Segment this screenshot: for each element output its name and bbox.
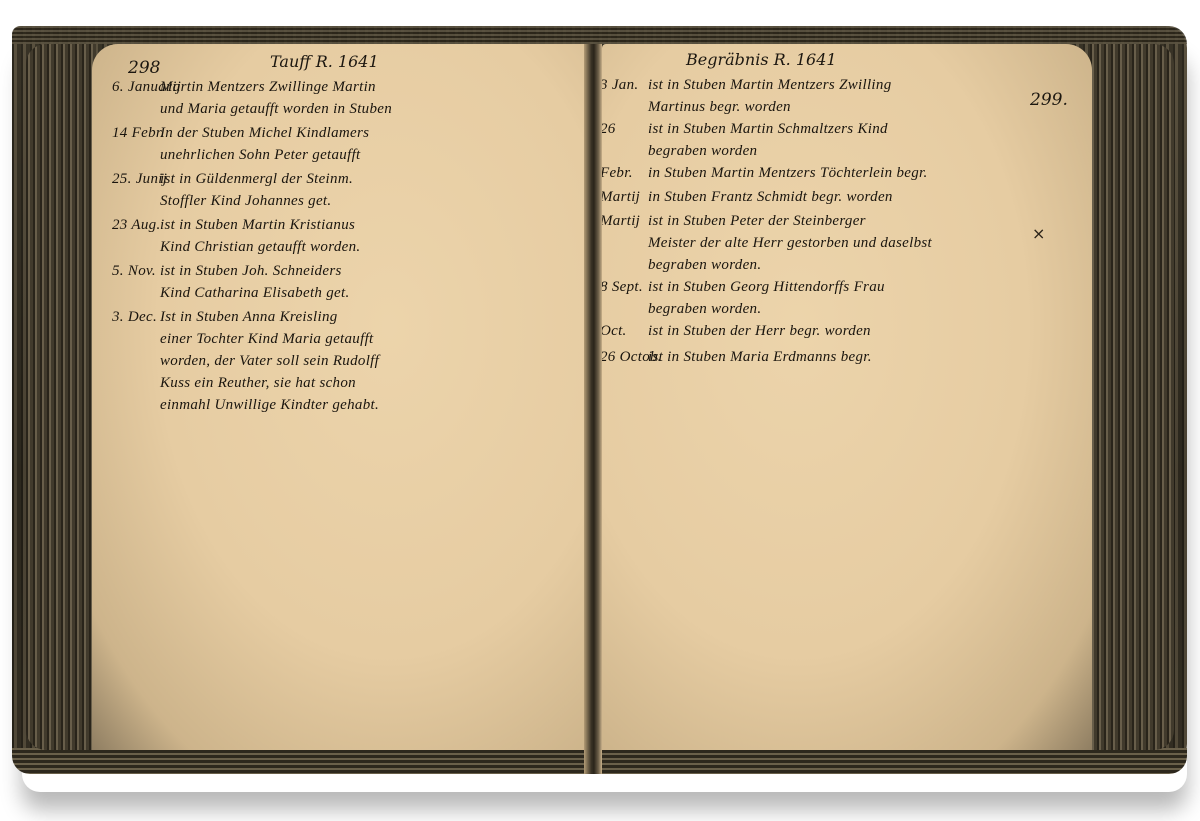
entry-line: Kind Catharina Elisabeth get. <box>160 285 350 301</box>
entry-date: 8 Sept. <box>602 276 648 298</box>
entry-line: Kind Christian getaufft worden. <box>160 239 360 255</box>
entry-line: begraben worden <box>648 143 757 159</box>
margin-cross-mark: × <box>1032 224 1045 243</box>
entry-line: ist in Stuben Martin Mentzers Zwilling <box>648 77 892 93</box>
left-fore-edge <box>26 44 96 750</box>
entry-line: ist in Stuben Maria Erdmanns begr. <box>648 349 872 365</box>
left-page-heading: Tauff R. 1641 <box>270 52 379 71</box>
entry-line: Stoffler Kind Johannes get. <box>160 193 331 209</box>
entry-line: Ist in Stuben Anna Kreisling <box>160 309 338 325</box>
entry-line: ist in Stuben Martin Kristianus <box>160 217 355 233</box>
entry-date: 6. Januarij <box>112 76 160 98</box>
entry-date: Martij <box>602 210 648 232</box>
register-entry: 6. JanuarijMartin Mentzers Zwillinge Mar… <box>112 76 392 120</box>
entry-line: Meister der alte Herr gestorben und dase… <box>648 235 932 251</box>
right-page-number: 299. <box>1030 90 1068 110</box>
entry-date: 26 <box>602 118 648 140</box>
entry-line: Kuss ein Reuther, sie hat schon <box>160 375 356 391</box>
entry-line: in Stuben Martin Mentzers Töchterlein be… <box>648 165 928 181</box>
left-page-number: 298 <box>128 58 160 78</box>
entry-line: einmahl Unwillige Kindter gehabt. <box>160 397 379 413</box>
register-entry: 5. Nov.ist in Stuben Joh. Schneiders Kin… <box>112 260 350 304</box>
entry-line: in Stuben Frantz Schmidt begr. worden <box>648 189 893 205</box>
register-entry: 3 Jan.ist in Stuben Martin Mentzers Zwil… <box>602 74 892 118</box>
entry-date: Martij <box>602 186 648 208</box>
entry-date: 14 Febr. <box>112 122 160 144</box>
entry-line: ist in Stuben Peter der Steinberger <box>648 213 866 229</box>
top-page-edge <box>12 26 1187 44</box>
entry-line: begraben worden. <box>648 301 761 317</box>
entry-line: einer Tochter Kind Maria getaufft <box>160 331 374 347</box>
register-entry: 14 Febr.In der Stuben Michel Kindlamers … <box>112 122 369 166</box>
entry-line: unehrlichen Sohn Peter getaufft <box>160 147 361 163</box>
register-entry: 8 Sept.ist in Stuben Georg Hittendorffs … <box>602 276 885 320</box>
register-entry: Oct.ist in Stuben der Herr begr. worden <box>602 320 871 342</box>
register-entry: 25. Junijist in Güldenmergl der Steinm. … <box>112 168 353 212</box>
register-entry: Febr.in Stuben Martin Mentzers Töchterle… <box>602 162 928 184</box>
register-entry: 23 Aug.ist in Stuben Martin Kristianus K… <box>112 214 360 258</box>
register-entry: 3. Dec.Ist in Stuben Anna Kreisling eine… <box>112 306 379 416</box>
entry-date: 25. Junij <box>112 168 160 190</box>
register-entry: Martijin Stuben Frantz Schmidt begr. wor… <box>602 186 893 208</box>
entry-line: worden, der Vater soll sein Rudolff <box>160 353 379 369</box>
left-page: 298 Tauff R. 1641 6. JanuarijMartin Ment… <box>92 44 588 750</box>
right-fore-edge <box>1090 44 1174 750</box>
entry-date: 5. Nov. <box>112 260 160 282</box>
entry-line: In der Stuben Michel Kindlamers <box>160 125 369 141</box>
entry-line: ist in Stuben Joh. Schneiders <box>160 263 342 279</box>
entry-line: begraben worden. <box>648 257 761 273</box>
right-page: 299. Begräbnis R. 1641 3 Jan.ist in Stub… <box>602 44 1092 750</box>
right-page-heading: Begräbnis R. 1641 <box>686 50 837 69</box>
register-entry: 26 Octob.ist in Stuben Maria Erdmanns be… <box>602 346 872 368</box>
entry-line: Martinus begr. worden <box>648 99 791 115</box>
entry-date: 23 Aug. <box>112 214 160 236</box>
register-entry: Martijist in Stuben Peter der Steinberge… <box>602 210 932 276</box>
open-book: 298 Tauff R. 1641 6. JanuarijMartin Ment… <box>12 26 1190 786</box>
register-entry: 26ist in Stuben Martin Schmaltzers Kind … <box>602 118 888 162</box>
entry-date: 3 Jan. <box>602 74 648 96</box>
entry-line: ist in Stuben der Herr begr. worden <box>648 323 871 339</box>
entry-date: Febr. <box>602 162 648 184</box>
entry-line: ist in Stuben Georg Hittendorffs Frau <box>648 279 885 295</box>
entry-line: ist in Stuben Martin Schmaltzers Kind <box>648 121 888 137</box>
book-gutter <box>584 44 602 774</box>
entry-line: und Maria getaufft worden in Stuben <box>160 101 392 117</box>
entry-date: 3. Dec. <box>112 306 160 328</box>
entry-date: 26 Octob. <box>602 346 648 368</box>
entry-line: Martin Mentzers Zwillinge Martin <box>160 79 376 95</box>
entry-date: Oct. <box>602 320 648 342</box>
entry-line: ist in Güldenmergl der Steinm. <box>160 171 353 187</box>
